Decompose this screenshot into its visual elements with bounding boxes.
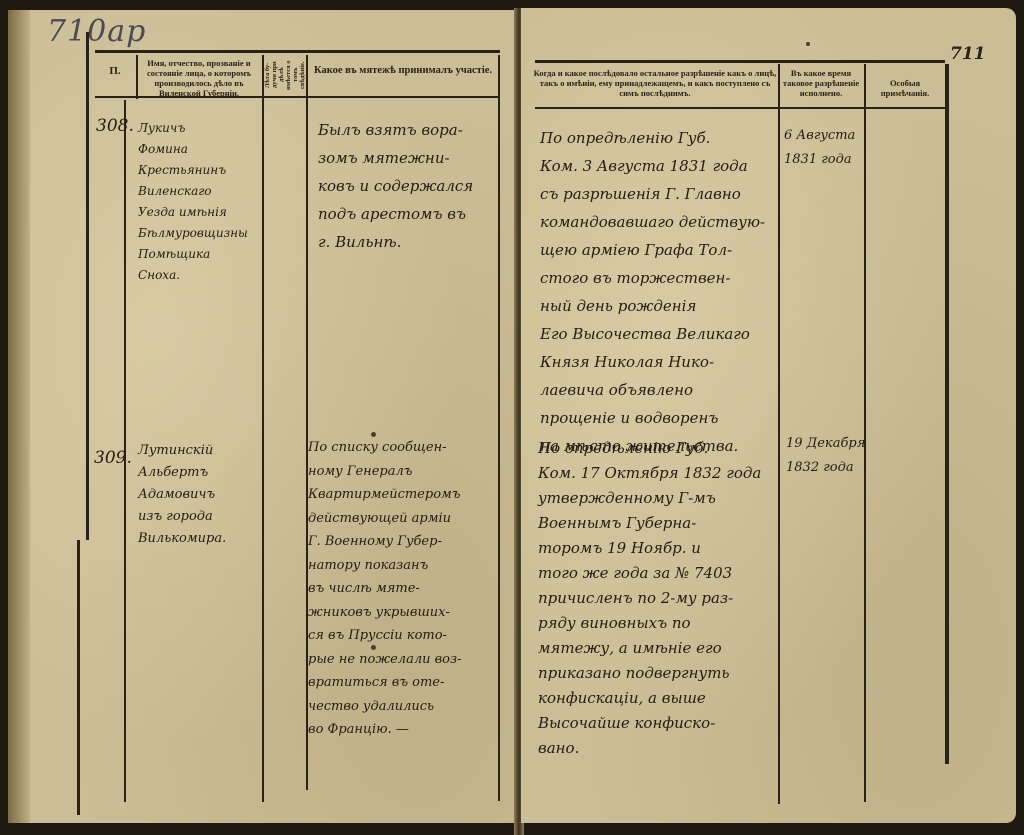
entry-resolution: По опредѣленію Губ. Ком. 17 Октября 1832… xyxy=(538,436,761,761)
entry-number: 309. xyxy=(94,448,132,468)
entry-participation: Былъ взятъ вора- зомъ мятежни- ковъ и со… xyxy=(318,116,473,256)
header-name: Имя, отчество, прозваніе и состояніе лиц… xyxy=(138,58,260,98)
left-outer-rule xyxy=(86,32,89,540)
archive-number: 710ap xyxy=(47,14,146,49)
page-edge xyxy=(8,10,30,823)
entry-participation: По списку сообщен- ному Генералъ Квартир… xyxy=(308,436,461,742)
entry-number: 308. xyxy=(96,116,134,136)
left-top-rule xyxy=(95,50,500,53)
paper-hole xyxy=(371,432,376,437)
entry-name: Лукичъ Фомина Крестьянинъ Виленскаго Уез… xyxy=(138,118,248,286)
entry-executed: 6 Августа 1831 года xyxy=(784,124,855,171)
right-outer-rule xyxy=(945,64,949,764)
paper-hole xyxy=(806,42,810,46)
header-notes: Особыя примѣчанія. xyxy=(866,78,944,98)
left-outer-rule-lower xyxy=(77,540,80,815)
left-col-divider-2 xyxy=(262,55,264,802)
paper-hole xyxy=(371,645,376,650)
entry-resolution: По опредѣленію Губ. Ком. 3 Августа 1831 … xyxy=(540,124,765,460)
header-executed: Въ какое время таковое разрѣшеніе исполн… xyxy=(780,68,862,98)
right-header-bottom-rule xyxy=(535,107,945,109)
header-age: Лѣта бу-дучи при дѣлѣ имѣется о томъ свѣ… xyxy=(264,56,304,94)
entry-name: Лутинскій Альбертъ Адамовичъ изъ города … xyxy=(138,440,226,550)
left-col-divider-4 xyxy=(498,55,500,801)
header-number: П. xyxy=(100,66,130,76)
entry-executed: 19 Декабря 1832 года xyxy=(786,432,865,479)
folio-number: 711 xyxy=(950,44,986,64)
header-resolution: Когда и какое послѣдовало остальное разр… xyxy=(533,68,777,98)
right-top-rule xyxy=(535,60,945,63)
right-col-divider-1 xyxy=(778,64,780,804)
header-participation: Какое въ мятежѣ принималъ участіе. xyxy=(308,66,498,76)
